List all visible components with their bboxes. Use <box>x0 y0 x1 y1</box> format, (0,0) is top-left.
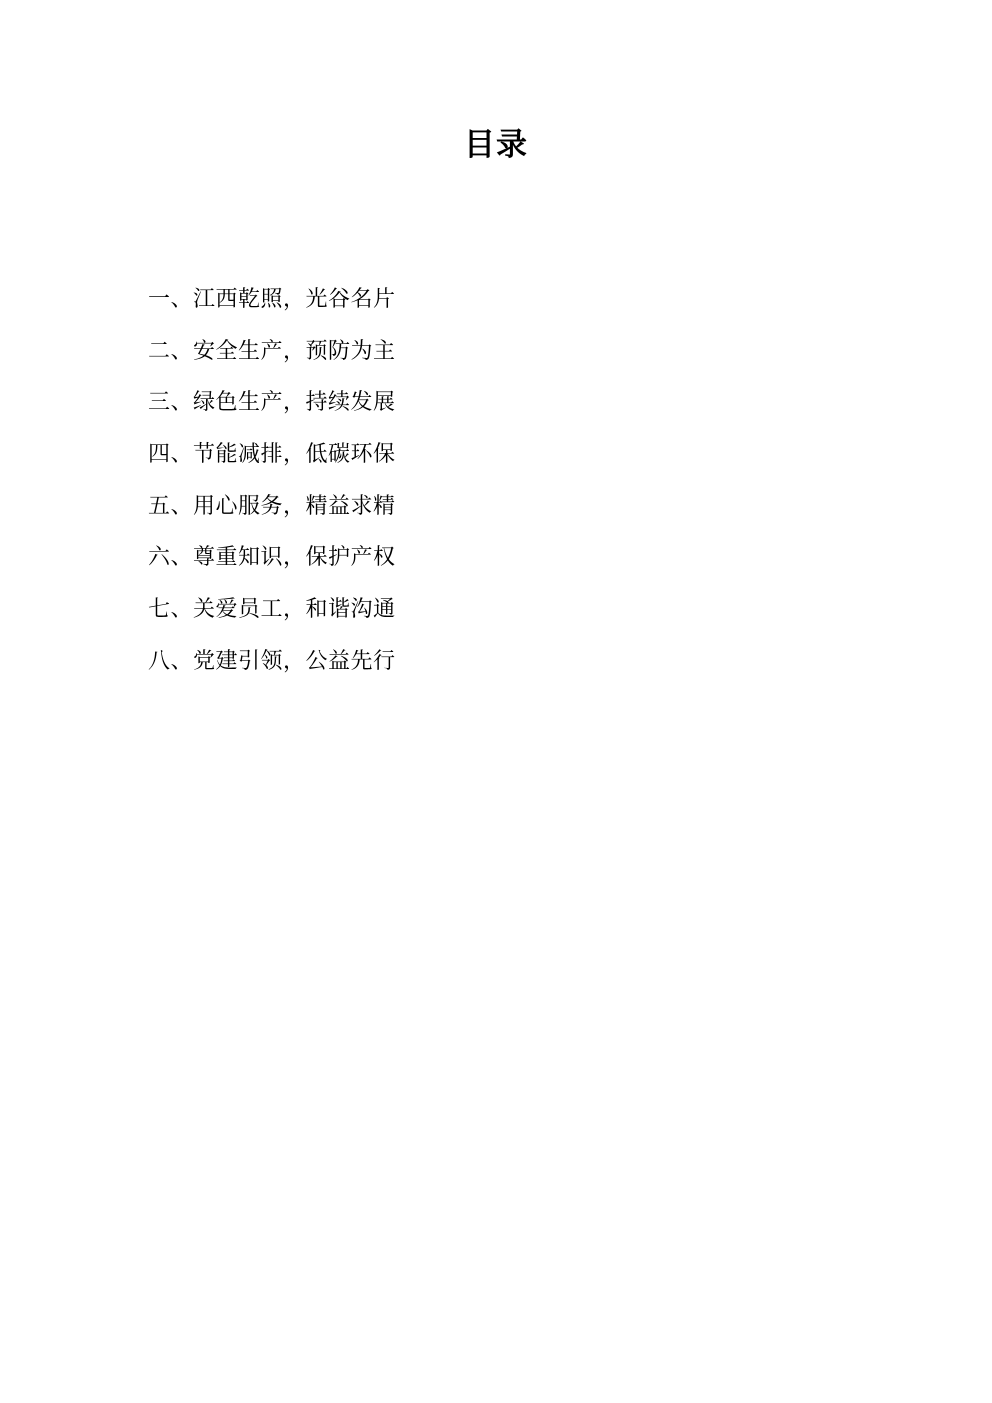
toc-item: 三、绿色生产，持续发展 <box>148 377 892 429</box>
toc-item: 八、党建引领，公益先行 <box>148 636 892 688</box>
toc-item: 一、江西乾照，光谷名片 <box>148 274 892 326</box>
table-of-contents: 一、江西乾照，光谷名片 二、安全生产，预防为主 三、绿色生产，持续发展 四、节能… <box>148 274 892 688</box>
toc-item: 四、节能减排，低碳环保 <box>148 429 892 481</box>
toc-item: 二、安全生产，预防为主 <box>148 326 892 378</box>
toc-item: 六、尊重知识，保护产权 <box>148 532 892 584</box>
document-page: 目录 一、江西乾照，光谷名片 二、安全生产，预防为主 三、绿色生产，持续发展 四… <box>0 0 992 1403</box>
toc-item: 五、用心服务，精益求精 <box>148 481 892 533</box>
page-title: 目录 <box>0 128 992 162</box>
toc-item: 七、关爱员工，和谐沟通 <box>148 584 892 636</box>
